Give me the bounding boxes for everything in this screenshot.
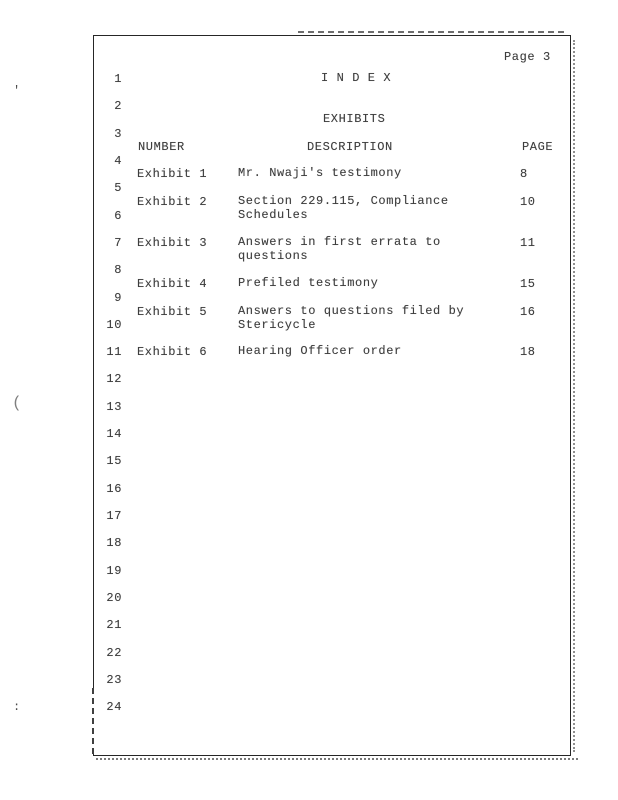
right-edge-scan-noise: [573, 40, 575, 752]
line-number: 15: [96, 454, 122, 468]
exhibit-description-line2: Stericycle: [238, 319, 488, 333]
exhibit-description-line1: Answers to questions filed by: [238, 305, 488, 319]
line-number: 23: [96, 673, 122, 687]
index-title: I N D E X: [321, 71, 391, 85]
line-number: 7: [96, 236, 122, 250]
line-number: 24: [96, 700, 122, 714]
exhibit-page-cell: 8: [520, 167, 528, 181]
exhibit-number-cell: Exhibit 5: [137, 305, 207, 319]
line-number: 4: [96, 154, 122, 168]
line-number: 22: [96, 646, 122, 660]
line-number: 10: [96, 318, 122, 332]
line-number: 16: [96, 482, 122, 496]
column-header-number: NUMBER: [138, 140, 185, 154]
line-number: 8: [96, 263, 122, 277]
exhibit-number-cell: Exhibit 3: [137, 236, 207, 250]
exhibit-page-cell: 15: [520, 277, 536, 291]
exhibit-number-cell: Exhibit 1: [137, 167, 207, 181]
line-number: 17: [96, 509, 122, 523]
line-number: 6: [96, 209, 122, 223]
margin-mark-colon: :: [13, 700, 21, 714]
line-number: 5: [96, 181, 122, 195]
line-number: 12: [96, 372, 122, 386]
line-number: 18: [96, 536, 122, 550]
line-number: 19: [96, 564, 122, 578]
bottom-edge-scan-noise: [96, 758, 578, 760]
margin-mark-paren: (: [12, 394, 22, 412]
exhibit-description-line1: Section 229.115, Compliance: [238, 195, 488, 209]
margin-mark-apostrophe: ': [13, 84, 21, 98]
column-header-page: PAGE: [522, 140, 553, 154]
line-number: 14: [96, 427, 122, 441]
exhibit-page-cell: 10: [520, 195, 536, 209]
exhibit-page-cell: 16: [520, 305, 536, 319]
line-number: 21: [96, 618, 122, 632]
top-edge-scan-artifact: [298, 31, 564, 33]
exhibits-heading: EXHIBITS: [323, 112, 385, 126]
line-number: 11: [96, 345, 122, 359]
line-number: 13: [96, 400, 122, 414]
exhibit-description-line1: Mr. Nwaji's testimony: [238, 167, 488, 181]
exhibit-description-line1: Answers in first errata to: [238, 236, 488, 250]
exhibit-page-cell: 11: [520, 236, 536, 250]
column-header-description: DESCRIPTION: [307, 140, 393, 154]
page-number-label: Page 3: [504, 50, 551, 64]
exhibit-number-cell: Exhibit 4: [137, 277, 207, 291]
left-border-dashed-segment: [92, 688, 94, 754]
line-number: 9: [96, 291, 122, 305]
line-number: 20: [96, 591, 122, 605]
exhibit-number-cell: Exhibit 6: [137, 345, 207, 359]
exhibit-description-line1: Hearing Officer order: [238, 345, 488, 359]
exhibit-description-line2: Schedules: [238, 209, 488, 223]
exhibit-page-cell: 18: [520, 345, 536, 359]
exhibit-description-line2: questions: [238, 250, 488, 264]
line-number: 2: [96, 99, 122, 113]
exhibit-number-cell: Exhibit 2: [137, 195, 207, 209]
line-number: 3: [96, 127, 122, 141]
line-number: 1: [96, 72, 122, 86]
scanned-document: { "page_label": "Page 3", "title": "I N …: [0, 0, 618, 800]
exhibit-description-line1: Prefiled testimony: [238, 277, 488, 291]
